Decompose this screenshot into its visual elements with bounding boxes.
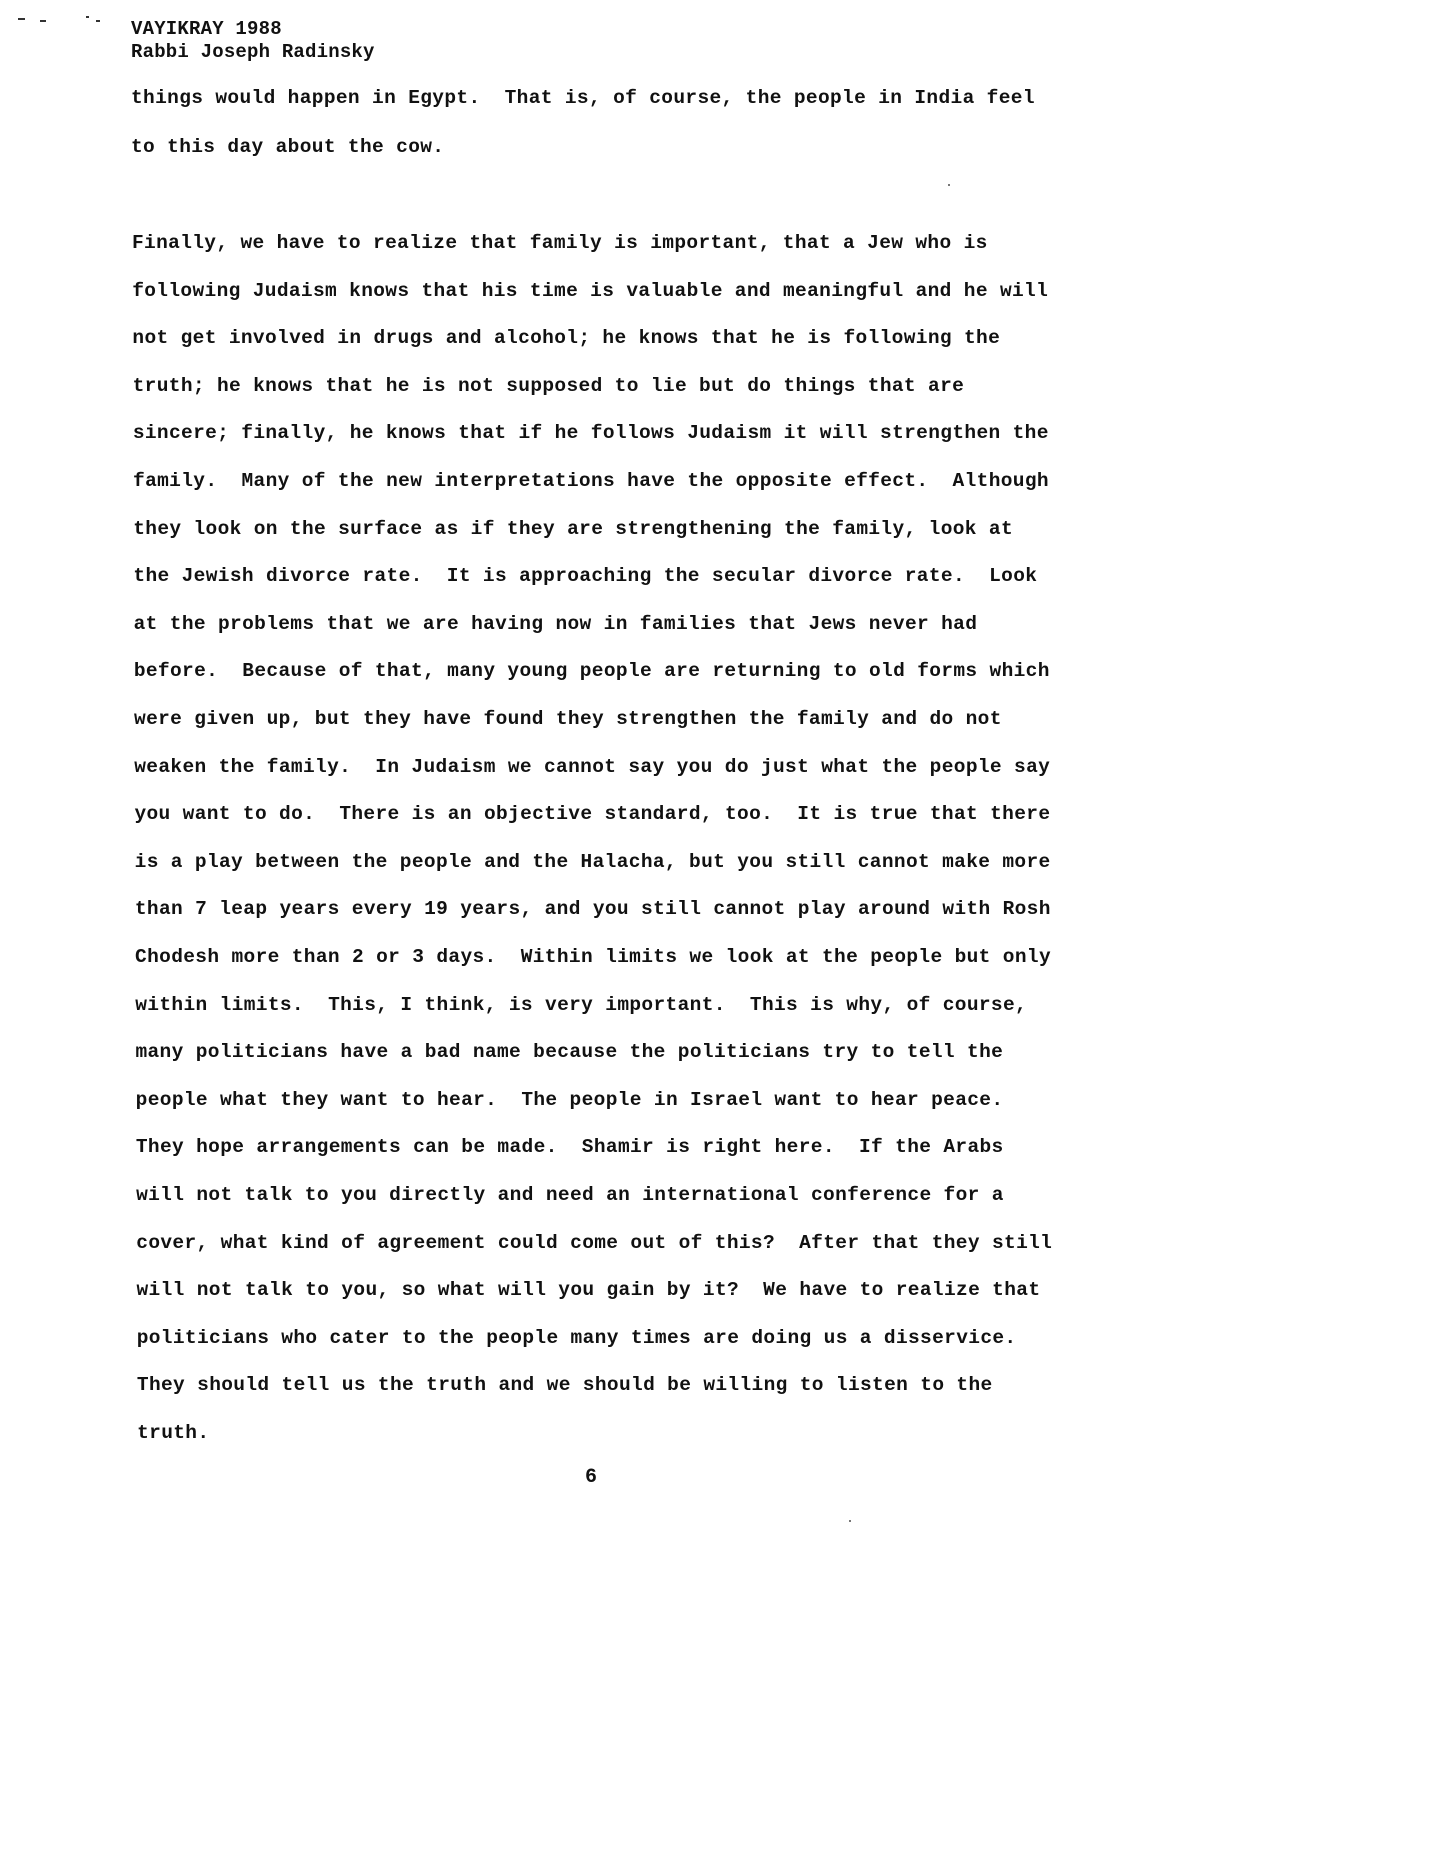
text-line: than 7 leap years every 19 years, and yo…	[135, 897, 1051, 921]
text-line: people what they want to hear. The peopl…	[136, 1088, 1004, 1112]
text-line: at the problems that we are having now i…	[134, 612, 978, 636]
text-line: weaken the family. In Judaism we cannot …	[134, 755, 1050, 779]
text-line: were given up, but they have found they …	[134, 707, 1002, 731]
document-author: Rabbi Joseph Radinsky	[131, 41, 375, 64]
text-line: will not talk to you, so what will you g…	[136, 1278, 1040, 1302]
text-line: things would happen in Egypt. That is, o…	[131, 86, 1035, 110]
text-line: They hope arrangements can be made. Sham…	[136, 1135, 1004, 1159]
document-title: VAYIKRAY 1988	[131, 18, 375, 41]
scan-speck	[948, 184, 950, 186]
text-line: following Judaism knows that his time is…	[132, 279, 1048, 303]
text-line: They should tell us the truth and we sho…	[137, 1373, 993, 1397]
page-number: 6	[585, 1466, 597, 1489]
document-header: VAYIKRAY 1988 Rabbi Joseph Radinsky	[131, 18, 375, 64]
text-line: sincere; finally, he knows that if he fo…	[133, 421, 1049, 445]
text-line: truth; he knows that he is not supposed …	[133, 374, 965, 398]
text-line: will not talk to you directly and need a…	[136, 1183, 1004, 1207]
text-line: within limits. This, I think, is very im…	[135, 993, 1027, 1017]
text-line: family. Many of the new interpretations …	[133, 469, 1049, 493]
text-line: Chodesh more than 2 or 3 days. Within li…	[135, 945, 1051, 969]
text-line: you want to do. There is an objective st…	[134, 802, 1050, 826]
text-line: is a play between the people and the Hal…	[135, 850, 1051, 874]
text-line: politicians who cater to the people many…	[137, 1326, 1017, 1350]
text-line: before. Because of that, many young peop…	[134, 659, 1050, 683]
text-line: Finally, we have to realize that family …	[132, 231, 988, 255]
text-line: not get involved in drugs and alcohol; h…	[132, 326, 1000, 350]
scan-speck	[849, 1520, 851, 1522]
text-line: many politicians have a bad name because…	[135, 1040, 1003, 1064]
text-line: to this day about the cow.	[131, 135, 444, 159]
text-line: cover, what kind of agreement could come…	[136, 1231, 1052, 1255]
document-page: VAYIKRAY 1988 Rabbi Joseph Radinsky thin…	[0, 0, 1430, 1851]
text-line: they look on the surface as if they are …	[133, 517, 1013, 541]
scan-artifact-marks	[18, 14, 128, 34]
text-line: the Jewish divorce rate. It is approachi…	[133, 564, 1037, 588]
text-line: truth.	[137, 1421, 209, 1445]
